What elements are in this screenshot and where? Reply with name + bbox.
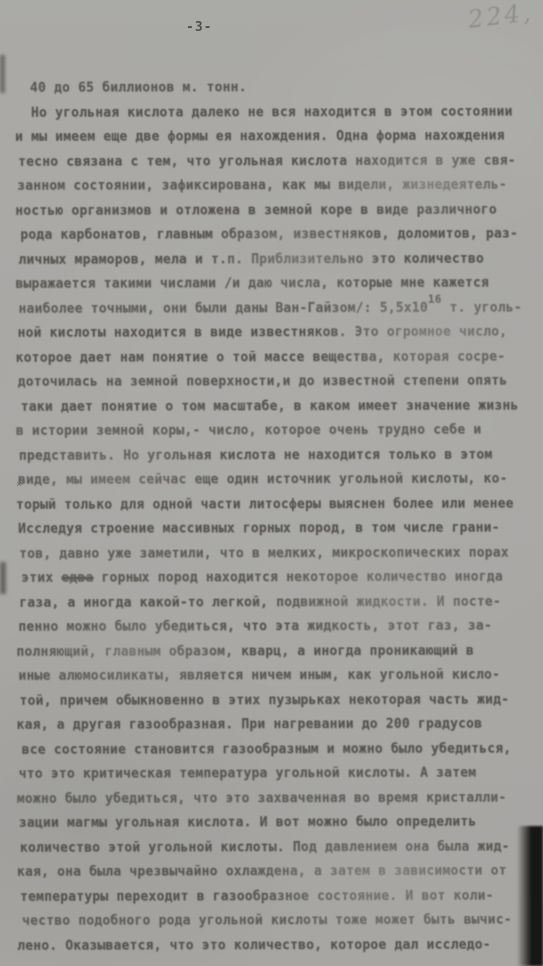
text-segment: горных пород находится некоторое количес…: [93, 569, 502, 585]
text-segment: количество этой угольной кислоты. Под да…: [20, 839, 510, 855]
text-segment: торый только для одной части литосферы в…: [16, 496, 514, 512]
text-line: той, причем обыкновенно в этих пузырьках…: [19, 688, 529, 714]
text-segment: доточилась на земной поверхности,и до из…: [18, 373, 508, 389]
text-segment: чество подобного рода угольной кислоты т…: [22, 912, 512, 928]
text-line: представить. Но угольная кислота не нахо…: [19, 443, 529, 469]
text-segment: той, причем обыкновенно в этих пузырьках…: [19, 692, 509, 708]
text-segment: что это критическая температура угольной…: [19, 765, 477, 781]
text-line: температуры переходит в газообразное сос…: [20, 884, 530, 910]
text-line: торый только для одной части литосферы в…: [16, 492, 526, 518]
text-segment: которое дает нам понятие о той массе вещ…: [16, 349, 506, 365]
typewritten-text-block: 40 до 65 биллионов м. тонн.Но угольная к…: [17, 75, 529, 958]
pencil-x-mark: ×: [16, 479, 22, 490]
text-line: 40 до 65 биллионов м. тонн.: [17, 75, 527, 101]
text-line: в истории земной коры,- число, которое о…: [16, 418, 526, 444]
text-line: этих едва горных пород находится некотор…: [21, 565, 531, 591]
text-segment: тесно связана с тем, что угольная кислот…: [18, 153, 516, 169]
text-segment: представить. Но угольная кислота не нахо…: [19, 447, 493, 463]
text-line: газа, а иногда какой-то легкой, подвижно…: [19, 590, 529, 616]
text-segment: рода карбонатов, главным образом, извест…: [20, 226, 518, 242]
text-segment: Исследуя строение массивных горных пород…: [18, 520, 500, 536]
page-number: -3-: [186, 20, 212, 35]
text-segment: иные алюмосиликаты, является ничем иным,…: [18, 667, 500, 683]
text-segment: в истории земной коры,- число, которое о…: [16, 422, 482, 438]
text-line: выражается такими числами /и даю числа, …: [15, 271, 525, 297]
text-line: личных мраморов, мела и т.п. Приблизител…: [18, 247, 528, 273]
text-line: количество этой угольной кислоты. Под да…: [20, 835, 530, 861]
text-line: Но угольная кислота далеко не вся находи…: [18, 100, 528, 126]
text-line: виде, мы имеем сейчас еще один источник …: [18, 467, 528, 493]
text-segment: можно было убедиться, что это захваченна…: [17, 790, 507, 806]
text-segment: тов, давно уже заметили, что в мелких, м…: [19, 545, 509, 561]
text-line: доточилась на земной поверхности,и до из…: [18, 369, 528, 395]
text-line: можно было убедиться, что это захваченна…: [17, 786, 527, 812]
text-line: пенно можно было убедиться, что эта жидк…: [18, 614, 528, 640]
text-segment: лено. Оказывается, что это количество, к…: [17, 937, 491, 953]
scanned-document-page: 224, -3- 40 до 65 биллионов м. тонн.Но у…: [0, 0, 543, 966]
text-line: Исследуя строение массивных горных пород…: [18, 516, 528, 542]
text-line: тов, давно уже заметили, что в мелких, м…: [19, 541, 529, 567]
scan-edge-artifact-left-top: [0, 55, 5, 93]
text-line: занном состоянии, зафиксирована, как мы …: [17, 173, 527, 199]
text-line: кая, она была чрезвычайно охлаждена, а з…: [17, 859, 527, 885]
text-segment: пенно можно было убедиться, что эта жидк…: [18, 618, 492, 634]
text-segment: таки дает понятие о том масштабе, в како…: [21, 398, 519, 414]
text-segment: кая, а другая газообразная. При нагреван…: [17, 716, 483, 732]
text-line: все состояние становится газообразным и …: [22, 737, 532, 763]
text-segment: т. уголь-: [441, 300, 521, 315]
text-line: чество подобного рода угольной кислоты т…: [22, 908, 532, 934]
text-line: ностью организмов и отложена в земной ко…: [15, 198, 525, 224]
text-segment: полняющий, главным образом, кварц, а ино…: [16, 643, 474, 659]
text-line: кая, а другая газообразная. При нагреван…: [17, 712, 527, 738]
text-segment: ной кислоты находится в виде известняков…: [17, 324, 507, 340]
text-segment: личных мраморов, мела и т.п. Приблизител…: [18, 251, 484, 267]
struck-out-word: едва: [61, 570, 93, 585]
text-line: что это критическая температура угольной…: [19, 761, 529, 787]
text-segment: 40 до 65 биллионов м. тонн.: [30, 80, 247, 96]
scan-edge-artifact-left-mid: [0, 562, 6, 594]
text-segment: зации магмы угольная кислота. И вот можн…: [19, 814, 477, 830]
text-segment: виде, мы имеем сейчас еще один источник …: [18, 471, 508, 487]
text-segment: занном состоянии, зафиксирована, как мы …: [17, 177, 507, 193]
text-line: ной кислоты находится в виде известняков…: [17, 320, 527, 346]
handwritten-archive-number: 224,: [467, 0, 535, 34]
text-segment: этих: [21, 571, 61, 586]
text-segment: все состояние становится газообразным и …: [22, 741, 512, 757]
text-line: лено. Оказывается, что это количество, к…: [17, 933, 527, 959]
text-segment: ностью организмов и отложена в земной ко…: [15, 202, 497, 218]
text-line: зации магмы угольная кислота. И вот можн…: [19, 810, 529, 836]
text-segment: наиболее точными, они были даны Ван-Гайз…: [18, 300, 427, 316]
text-line: таки дает понятие о том масштабе, в како…: [21, 394, 531, 420]
text-segment: и мы имеем еще две формы ея нахождения. …: [15, 128, 505, 144]
text-segment: газа, а иногда какой-то легкой, подвижно…: [19, 594, 501, 610]
text-segment: выражается такими числами /и даю числа, …: [15, 275, 489, 291]
text-line: наиболее точными, они были даны Ван-Гайз…: [18, 296, 528, 322]
text-line: рода карбонатов, главным образом, извест…: [20, 222, 530, 248]
text-line: тесно связана с тем, что угольная кислот…: [18, 149, 528, 175]
text-line: которое дает нам понятие о той массе вещ…: [16, 345, 526, 371]
scan-edge-artifact-right: [517, 826, 543, 966]
text-segment: температуры переходит в газообразное сос…: [20, 888, 494, 904]
text-line: полняющий, главным образом, кварц, а ино…: [16, 639, 526, 665]
text-line: и мы имеем еще две формы ея нахождения. …: [15, 124, 525, 150]
text-segment: кая, она была чрезвычайно охлаждена, а з…: [17, 863, 507, 879]
text-segment: Но угольная кислота далеко не вся находи…: [31, 104, 513, 120]
superscript-exponent: 16: [428, 287, 442, 312]
text-line: иные алюмосиликаты, является ничем иным,…: [18, 663, 528, 689]
